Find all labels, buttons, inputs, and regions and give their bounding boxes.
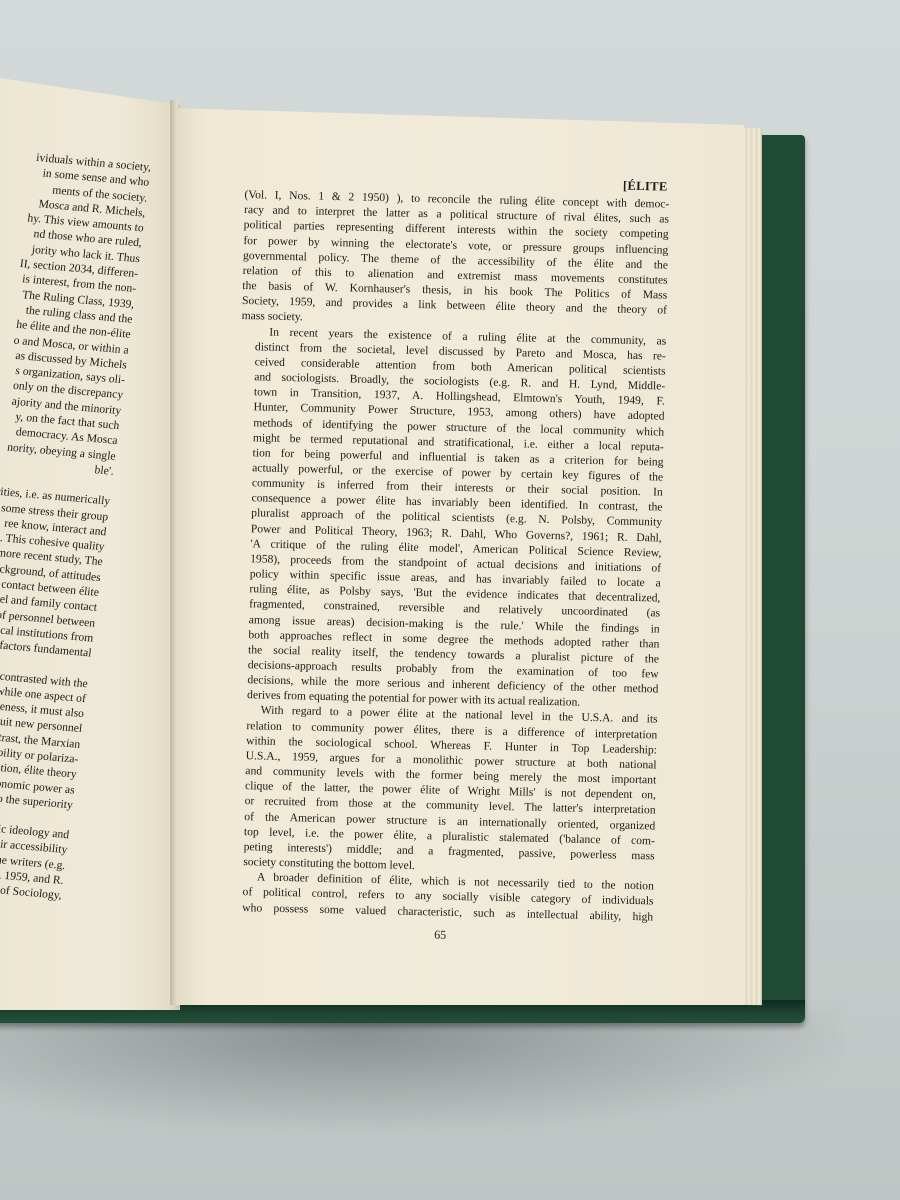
paragraph: In recent years the existence of a rulin… bbox=[233, 324, 666, 712]
paragraph: (Vol. I, Nos. 1 & 2 1950) ), to reconcil… bbox=[242, 187, 670, 333]
paragraph: A broader definition of élite, which is … bbox=[228, 869, 654, 924]
right-page-body: (Vol. I, Nos. 1 & 2 1950) ), to reconcil… bbox=[228, 187, 669, 924]
book-shadow bbox=[0, 1010, 840, 1130]
right-page-text: [ÉLITE (Vol. I, Nos. 1 & 2 1950) ), to r… bbox=[228, 170, 670, 947]
book-gutter bbox=[170, 100, 178, 1005]
paragraph: With regard to a power élite at the nati… bbox=[229, 702, 658, 878]
